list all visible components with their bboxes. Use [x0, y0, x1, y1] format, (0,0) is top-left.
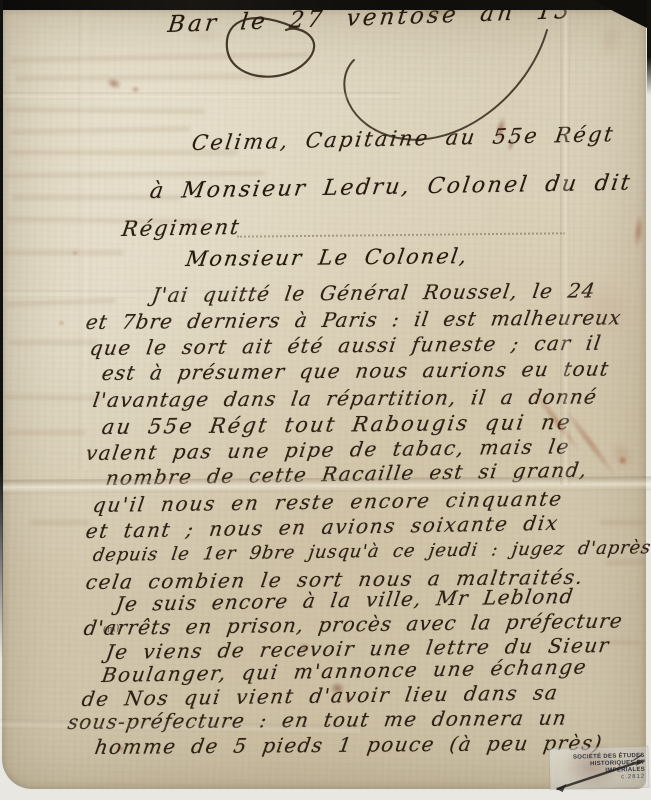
letter-paper	[2, 9, 646, 789]
letter-scan: Bar le 27 ventôse an 13 Celima, Capitain…	[0, 0, 651, 800]
stamp-arrow-icon	[546, 749, 651, 796]
edge-right-top	[647, 0, 651, 95]
collection-stamp: SOCIÉTÉ DES ÉTUDES HISTORIQUES ET IMPÉRI…	[548, 746, 649, 791]
